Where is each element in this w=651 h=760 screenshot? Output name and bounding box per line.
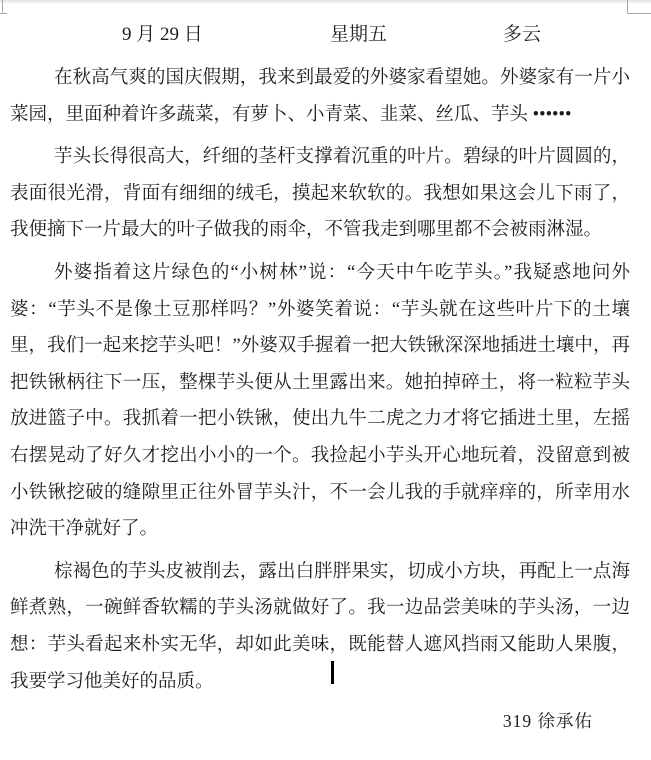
diary-header: 9 月 29 日 星期五 多云 — [0, 22, 651, 52]
signature[interactable]: 319 徐承佑 — [503, 708, 593, 733]
document-page: 9 月 29 日 星期五 多云 在秋高气爽的国庆假期，我来到最爱的外婆家看望她。… — [0, 0, 651, 760]
top-edge-shadow — [0, 0, 651, 4]
margin-crop-mark-top-right-vertical — [627, 0, 628, 13]
text-cursor — [331, 661, 334, 684]
diary-weekday[interactable]: 星期五 — [330, 22, 387, 48]
margin-crop-mark-top-right-horizontal — [627, 13, 651, 14]
document-body[interactable]: 在秋高气爽的国庆假期，我来到最爱的外婆家看望她。外婆家有一片小菜园，里面种着许多… — [10, 60, 630, 706]
margin-crop-mark-top-left-vertical — [2, 0, 3, 13]
diary-date[interactable]: 9 月 29 日 — [122, 22, 203, 48]
margin-crop-mark-top-left-horizontal — [0, 13, 7, 14]
paragraph-3[interactable]: 外婆指着这片绿色的“小树林”说：“今天中午吃芋头。”我疑惑地问外婆：“芋头不是像… — [10, 255, 630, 548]
paragraph-4[interactable]: 棕褐色的芋头皮被削去，露出白胖胖果实，切成小方块，再配上一点海鲜煮熟，一碗鲜香软… — [10, 554, 630, 700]
paragraph-2[interactable]: 芋头长得很高大，纤细的茎杆支撑着沉重的叶片。碧绿的叶片圆圆的，表面很光滑，背面有… — [10, 139, 630, 249]
diary-weather[interactable]: 多云 — [503, 22, 541, 48]
paragraph-1[interactable]: 在秋高气爽的国庆假期，我来到最爱的外婆家看望她。外婆家有一片小菜园，里面种着许多… — [10, 60, 630, 133]
